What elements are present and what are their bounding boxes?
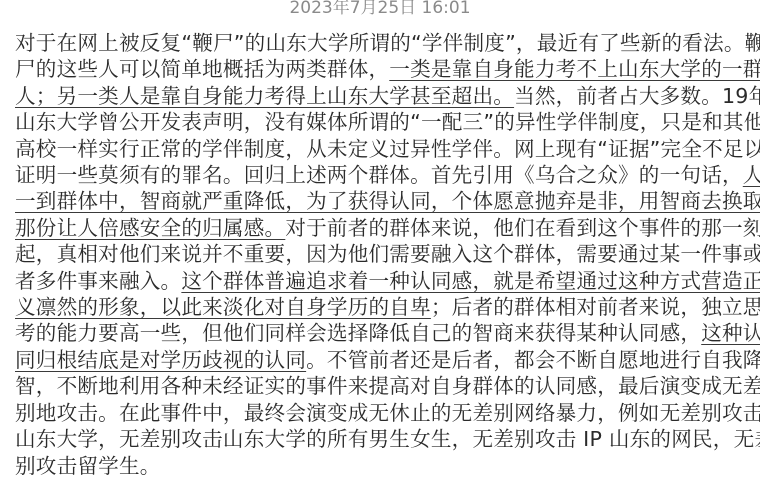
article-line: 起，真相对他们来说并不重要，因为他们需要融入这个群体，需要通过某一件事或 [15,241,747,267]
text-segment: 对于在网上被反复“鞭尸”的山东大学所谓的“学伴制度”，最近有了些新的看法。鞭 [15,31,760,55]
article-line: 别攻击留学生。 [15,453,747,479]
article-line: 证明一些莫须有的罪名。回归上述两个群体。首先引用《乌合之众》的一句话，人 [15,162,747,188]
article-line: 那份让人倍感安全的归属感。对于前者的群体来说，他们在看到这个事件的那一刻 [15,215,747,241]
article-body: 对于在网上被反复“鞭尸”的山东大学所谓的“学伴制度”，最近有了些新的看法。鞭尸的… [15,30,747,479]
underlined-text: 同归根结底是对学历歧视的认同 [15,348,306,372]
article-line: 高校一样实行正常的学伴制度，从未定义过异性学伴。网上现有“证据”完全不足以 [15,136,747,162]
article-line: 对于在网上被反复“鞭尸”的山东大学所谓的“学伴制度”，最近有了些新的看法。鞭 [15,30,747,56]
article-line: 山东大学曾公开发表声明，没有媒体所谓的“一配三”的异性学伴制度，只是和其他 [15,109,747,135]
post-timestamp: 2023年7月25日 16:01 [0,0,760,20]
underlined-text: 一类是靠自身能力考不上山东大学的一群 [389,57,760,81]
underlined-text: 一到群体中，智商就严重降低，为了获得认同，个体愿意抛弃是非，用智商去换取 [15,189,760,213]
underlined-text: 那份让人倍感安全的归属感。 [15,216,285,240]
underlined-text: 这个群体普遍追求着一种认同感，就是希望通过这种方式营造正 [181,269,760,293]
text-segment: 当然，前者占大多数。19年 [514,84,760,108]
article-line: 人；另一类人是靠自身能力考得上山东大学甚至超出。当然，前者占大多数。19年 [15,83,747,109]
article-line: 考的能力要高一些，但他们同样会选择降低自己的智商来获得某种认同感，这种认 [15,320,747,346]
underlined-text: 人 [743,163,760,187]
text-segment: ；后者的群体相对前者来说，独立思 [431,295,760,319]
article-line: 山东大学，无差别攻击山东大学的所有男生女生，无差别攻击 IP 山东的网民，无差 [15,426,747,452]
text-segment: 对于前者的群体来说，他们在看到这个事件的那一刻 [285,216,760,240]
underlined-text: 人；另一类人是靠自身能力考得上山东大学甚至超出。 [15,84,514,108]
article-line: 尸的这些人可以简单地概括为两类群体，一类是靠自身能力考不上山东大学的一群 [15,56,747,82]
text-segment: 者多件事来融入。 [15,269,181,293]
text-segment: 高校一样实行正常的学伴制度，从未定义过异性学伴。网上现有“证据”完全不足以 [15,137,760,161]
article-line: 者多件事来融入。这个群体普遍追求着一种认同感，就是希望通过这种方式营造正 [15,268,747,294]
underlined-text: 义凛然的形象，以此来淡化对自身学历的自卑 [15,295,431,319]
text-segment: 证明一些莫须有的罪名。回归上述两个群体。首先引用《乌合之众》的一句话， [15,163,743,187]
text-segment: 起，真相对他们来说并不重要，因为他们需要融入这个群体，需要通过某一件事或 [15,242,760,266]
article-line: 义凛然的形象，以此来淡化对自身学历的自卑；后者的群体相对前者来说，独立思 [15,294,747,320]
article-line: 同归根结底是对学历歧视的认同。不管前者还是后者，都会不断自愿地进行自我降 [15,347,747,373]
text-segment: 。不管前者还是后者，都会不断自愿地进行自我降 [306,348,760,372]
text-segment: 考的能力要高一些，但他们同样会选择降低自己的智商来获得某种认同感， [15,321,701,345]
article-line: 一到群体中，智商就严重降低，为了获得认同，个体愿意抛弃是非，用智商去换取 [15,188,747,214]
text-segment: 智，不断地利用各种未经证实的事件来提高对自身群体的认同感，最后演变成无差 [15,374,760,398]
text-segment: 山东大学曾公开发表声明，没有媒体所谓的“一配三”的异性学伴制度，只是和其他 [15,110,760,134]
article-line: 智，不断地利用各种未经证实的事件来提高对自身群体的认同感，最后演变成无差 [15,373,747,399]
text-segment: 山东大学，无差别攻击山东大学的所有男生女生，无差别攻击 IP 山东的网民，无差 [15,427,760,451]
underlined-text: 这种认 [701,321,760,345]
article-line: 别地攻击。在此事件中，最终会演变成无休止的无差别网络暴力，例如无差别攻击 [15,400,747,426]
text-segment: 尸的这些人可以简单地概括为两类群体， [15,57,389,81]
text-segment: 别攻击留学生。 [15,454,161,478]
text-segment: 别地攻击。在此事件中，最终会演变成无休止的无差别网络暴力，例如无差别攻击 [15,401,760,425]
